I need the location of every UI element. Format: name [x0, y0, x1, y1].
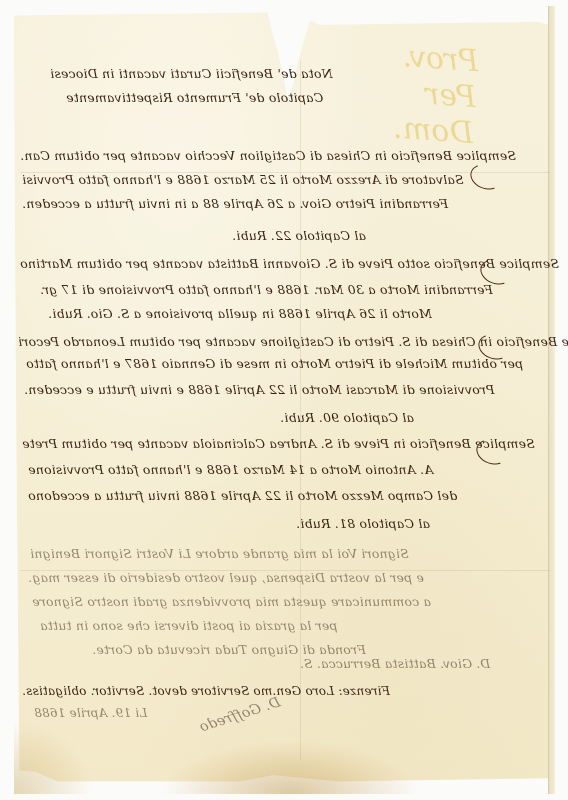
postscript-text: per la grazia ai posti diversi che sono … — [40, 618, 338, 633]
entry-2-line-1: Semplice Beneficio sotto Pieve di S. Gio… — [20, 256, 559, 271]
closing-line-1: Firenze: Loro Gen.mo Servitore devot. Se… — [22, 684, 390, 698]
yellow-annotation: Prov. Per Dom. — [352, 36, 479, 154]
entry-4-line-4: al Capitolo 81. Rubi. — [296, 516, 430, 531]
entry-text: al Capitolo 81. Rubi. — [296, 516, 430, 531]
entry-text: A. Antonio Morto a 14 Marzo 1688 e l'han… — [28, 462, 433, 477]
entry-text: Semplice Beneficio in Chiesa di Castigli… — [20, 148, 516, 163]
postscript-text: Signori Voi la mia grande ardore Li Vost… — [30, 546, 409, 561]
entry-text: Ferrandini Pietro Giov. a 26 Aprile 88 a… — [22, 196, 448, 211]
entry-3-line-3: al Capitolo 90. Rubi. — [280, 410, 414, 425]
postscript-text: Fronda di Giugno Tuda ricevuta da Corte. — [92, 642, 366, 657]
postscript-line-5: Fronda di Giugno Tuda ricevuta da Corte. — [92, 642, 366, 657]
entry-1-line-4: al Capitolo 22. Rubi. — [232, 228, 366, 243]
entry-text: al Capitolo 90. Rubi. — [280, 410, 414, 425]
closing-text: Firenze: Loro Gen.mo Servitore devot. Se… — [22, 684, 390, 698]
postscript-line-1: Signori Voi la mia grande ardore Li Vost… — [30, 546, 409, 561]
header-text: Capitolo de' Frumento Rispettivamente — [66, 90, 323, 105]
right-fold-edge — [548, 6, 555, 794]
postscript-line-3: a communicare questa mia provvidenza gra… — [32, 594, 431, 609]
entry-text: Salvatore di Arezzo Morto li 25 Marzo 16… — [22, 172, 464, 187]
postscript-text: e per la vostra Dispensa, quel vostro de… — [28, 570, 424, 585]
entry-text: Provvisione di Marcasi Morto li 22 April… — [24, 382, 494, 397]
entry-text: del Campo Mezzo Morto li 22 Aprile 1688 … — [28, 488, 457, 503]
entry-text: al Capitolo 22. Rubi. — [232, 228, 366, 243]
header-line-1: Nota de' Beneficii Curati vacanti in Dio… — [50, 66, 380, 81]
entry-text: Semplice Beneficio sotto Pieve di S. Gio… — [20, 256, 559, 271]
entry-text: Semplice Beneficio in Pieve di S. Andrea… — [22, 436, 535, 451]
entry-1-line-1: Semplice Beneficio in Chiesa di Castigli… — [20, 148, 516, 163]
entry-2-line-2: Ferrandini Morto a 30 Mar. 1688 e l'hann… — [40, 282, 493, 297]
entry-text: Ferrandini Morto a 30 Mar. 1688 e l'hann… — [40, 282, 493, 297]
header-line-2: Capitolo de' Frumento Rispettivamente — [66, 90, 366, 105]
entry-text: Morto li 26 Aprile 1688 in quella provis… — [48, 306, 432, 321]
postscript-signature-line: D. Giov. Battista Berrucca. S. — [300, 656, 490, 671]
closing-line-2: Li 19. Aprile 1688 — [34, 706, 147, 720]
postscript-line-2: e per la vostra Dispensa, quel vostro de… — [28, 570, 424, 585]
entry-1-line-3: Ferrandini Pietro Giov. a 26 Aprile 88 a… — [22, 196, 448, 211]
entry-4-line-1: Semplice Beneficio in Pieve di S. Andrea… — [22, 436, 535, 451]
postscript-text: a communicare questa mia provvidenza gra… — [32, 594, 431, 609]
water-stain-corner — [14, 720, 94, 794]
header-text: Nota de' Beneficii Curati vacanti in Dio… — [50, 66, 333, 81]
entry-1-line-2: Salvatore di Arezzo Morto li 25 Marzo 16… — [22, 172, 464, 187]
entry-4-line-2: A. Antonio Morto a 14 Marzo 1688 e l'han… — [28, 462, 433, 477]
yellow-annotation-text: Prov. Per Dom. — [392, 39, 479, 151]
entry-3-line-2: Provvisione di Marcasi Morto li 22 April… — [24, 382, 494, 397]
postscript-text: D. Giov. Battista Berrucca. S. — [300, 656, 490, 671]
entry-4-line-3: del Campo Mezzo Morto li 22 Aprile 1688 … — [28, 488, 457, 503]
entry-2-line-3: Morto li 26 Aprile 1688 in quella provis… — [48, 306, 432, 321]
entry-text: per obitum Michele di Pietro Morto in me… — [26, 356, 523, 371]
entry-3-line-1: per obitum Michele di Pietro Morto in me… — [26, 356, 523, 371]
closing-text: Li 19. Aprile 1688 — [34, 706, 147, 720]
postscript-line-4: per la grazia ai posti diversi che sono … — [40, 618, 338, 633]
